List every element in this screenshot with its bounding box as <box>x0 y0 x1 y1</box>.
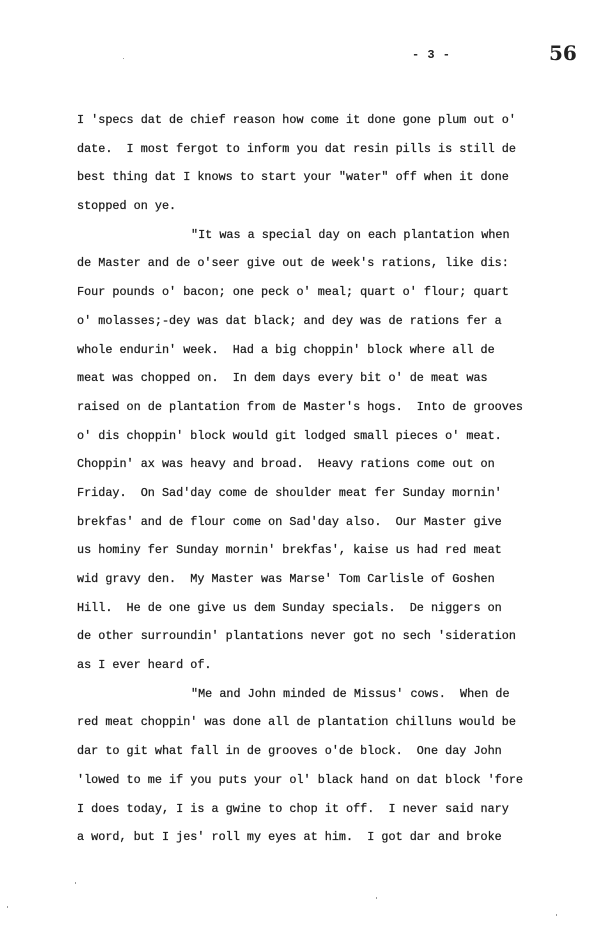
text-line: Four pounds o' bacon; one peck o' meal; … <box>77 278 547 307</box>
text-line: de Master and de o'seer give out de week… <box>77 249 547 278</box>
document-page: - 3 - 56 I 'specs dat de chief reason ho… <box>0 0 600 931</box>
paragraph-start-line: "It was a special day on each plantation… <box>77 221 547 250</box>
text-line: whole endurin' week. Had a big choppin' … <box>77 336 547 365</box>
text-line: o' molasses;-dey was dat black; and dey … <box>77 307 547 336</box>
scan-speck <box>123 58 124 59</box>
text-line: Hill. He de one give us dem Sunday speci… <box>77 594 547 623</box>
text-line: brekfas' and de flour come on Sad'day al… <box>77 508 547 537</box>
text-line: o' dis choppin' block would git lodged s… <box>77 422 547 451</box>
paragraph-start-line: "Me and John minded de Missus' cows. Whe… <box>77 680 547 709</box>
text-line: red meat choppin' was done all de planta… <box>77 708 547 737</box>
text-line: 'lowed to me if you puts your ol' black … <box>77 766 547 795</box>
text-line: I does today, I is a gwine to chop it of… <box>77 795 547 824</box>
scan-speck <box>376 897 377 899</box>
transcript-body: I 'specs dat de chief reason how come it… <box>77 106 547 852</box>
stamped-page-number: 56 <box>549 41 577 65</box>
text-line: us hominy fer Sunday mornin' brekfas', k… <box>77 536 547 565</box>
text-line: de other surroundin' plantations never g… <box>77 622 547 651</box>
text-line: a word, but I jes' roll my eyes at him. … <box>77 823 547 852</box>
typed-page-number: - 3 - <box>412 48 451 62</box>
scan-speck <box>7 906 8 908</box>
text-line: date. I most fergot to inform you dat re… <box>77 135 547 164</box>
text-line: best thing dat I knows to start your "wa… <box>77 163 547 192</box>
text-line: dar to git what fall in de grooves o'de … <box>77 737 547 766</box>
text-line: wid gravy den. My Master was Marse' Tom … <box>77 565 547 594</box>
text-line: meat was chopped on. In dem days every b… <box>77 364 547 393</box>
text-line: stopped on ye. <box>77 192 547 221</box>
scan-speck <box>556 914 557 916</box>
text-line: raised on de plantation from de Master's… <box>77 393 547 422</box>
text-line: as I ever heard of. <box>77 651 547 680</box>
text-line: I 'specs dat de chief reason how come it… <box>77 106 547 135</box>
text-line: Choppin' ax was heavy and broad. Heavy r… <box>77 450 547 479</box>
scan-speck <box>75 882 76 884</box>
text-line: Friday. On Sad'day come de shoulder meat… <box>77 479 547 508</box>
